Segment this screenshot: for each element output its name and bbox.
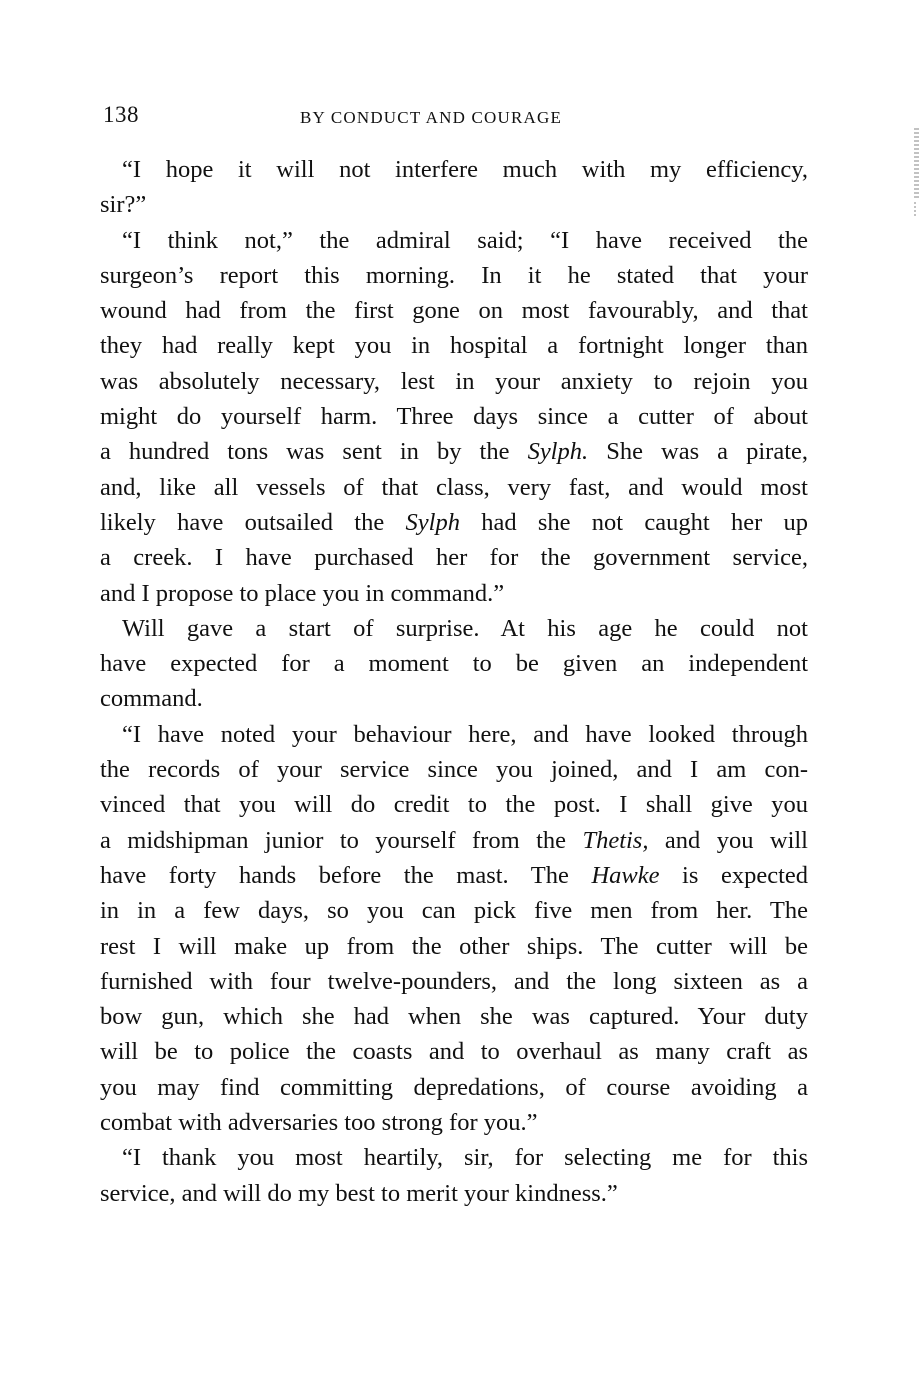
text-line: in in a few days, so you can pick five m… [100, 893, 808, 928]
text-line: was absolutely necessary, lest in your a… [100, 364, 808, 399]
ship-name: Thetis, [582, 827, 648, 854]
text-line: service, and will do my best to merit yo… [100, 1176, 808, 1211]
scan-artifact [914, 128, 919, 198]
ship-name: Sylph. [528, 438, 589, 465]
text-line: command. [100, 681, 808, 716]
text-line: “I hope it will not interfere much with … [100, 152, 808, 187]
body-text: “I hope it will not interfere much with … [100, 152, 808, 1211]
text-line: rest I will make up from the other ships… [100, 929, 808, 964]
text-line: surgeon’s report this morning. In it he … [100, 258, 808, 293]
page-number: 138 [103, 102, 139, 128]
book-page: 138 BY CONDUCT AND COURAGE “I hope it wi… [0, 0, 923, 1381]
text-line: they had really kept you in hospital a f… [100, 328, 808, 363]
text-line: Will gave a start of surprise. At his ag… [100, 611, 808, 646]
text-line: likely have outsailed the Sylph had she … [100, 505, 808, 540]
text-line: combat with adversaries too strong for y… [100, 1105, 808, 1140]
text-line: might do yourself harm. Three days since… [100, 399, 808, 434]
text-line: furnished with four twelve-pounders, and… [100, 964, 808, 999]
text-line: “I thank you most heartily, sir, for sel… [100, 1140, 808, 1175]
running-title: BY CONDUCT AND COURAGE [300, 108, 562, 128]
text-line: and, like all vessels of that class, ver… [100, 470, 808, 505]
text-line: a hundred tons was sent in by the Sylph.… [100, 434, 808, 469]
text-line: a midshipman junior to yourself from the… [100, 823, 808, 858]
text-line: wound had from the first gone on most fa… [100, 293, 808, 328]
text-line: vinced that you will do credit to the po… [100, 787, 808, 822]
page-header: 138 BY CONDUCT AND COURAGE [100, 100, 810, 132]
text-line: “I have noted your behaviour here, and h… [100, 717, 808, 752]
text-line: will be to police the coasts and to over… [100, 1034, 808, 1069]
ship-name: Sylph [406, 509, 460, 536]
text-line: sir?” [100, 187, 808, 222]
text-line: and I propose to place you in command.” [100, 576, 808, 611]
text-line: have expected for a moment to be given a… [100, 646, 808, 681]
text-line: the records of your service since you jo… [100, 752, 808, 787]
text-line: have forty hands before the mast. The Ha… [100, 858, 808, 893]
text-line: bow gun, which she had when she was capt… [100, 999, 808, 1034]
ship-name: Hawke [591, 862, 659, 889]
scan-artifact [914, 200, 916, 216]
text-line: “I think not,” the admiral said; “I have… [100, 223, 808, 258]
text-line: you may find committing depredations, of… [100, 1070, 808, 1105]
text-line: a creek. I have purchased her for the go… [100, 540, 808, 575]
